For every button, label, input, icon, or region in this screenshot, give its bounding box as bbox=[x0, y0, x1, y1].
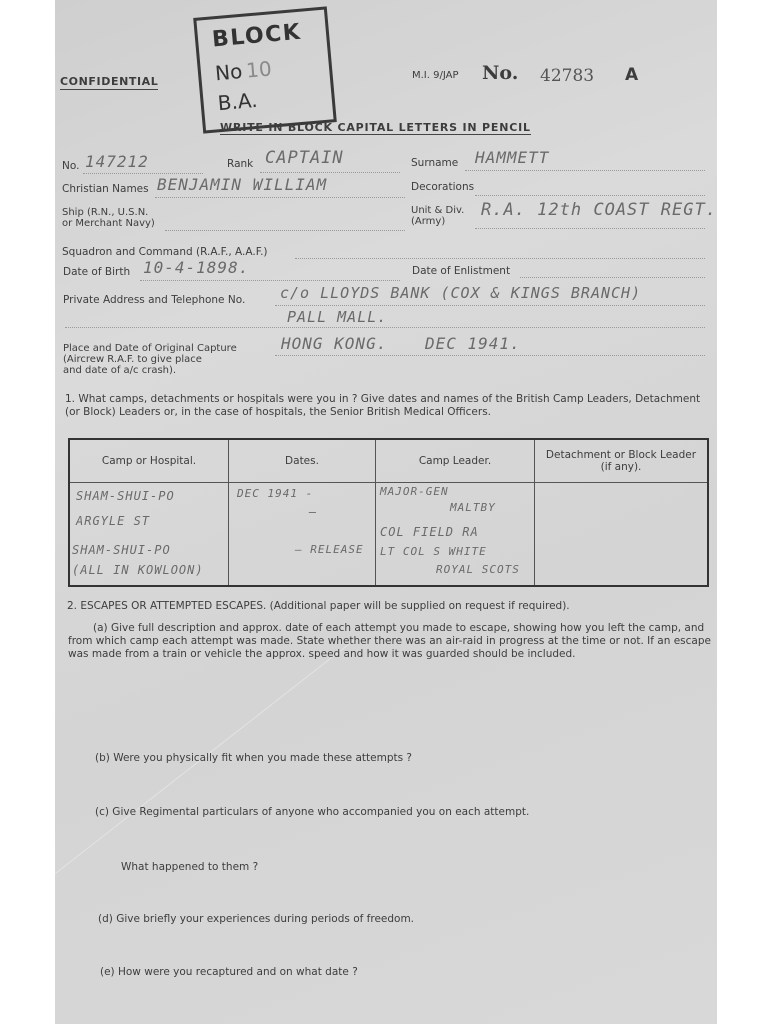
no-label: No. bbox=[62, 160, 79, 172]
header-dates: Dates. bbox=[229, 439, 376, 483]
camps-table-header-row: Camp or Hospital. Dates. Camp Leader. De… bbox=[69, 439, 708, 483]
dob-value: 10-4-1898. bbox=[143, 258, 249, 277]
camp-entry: SHAM-SHUI-PO bbox=[76, 489, 175, 503]
leader-entry: MALTBY bbox=[450, 501, 496, 514]
surname-value: HAMMETT bbox=[475, 148, 549, 167]
capture-label-line3: and date of a/c crash). bbox=[63, 365, 237, 376]
leader-entry: LT COL S WHITE bbox=[380, 545, 487, 558]
stamp-block-text: BLOCK bbox=[211, 20, 302, 53]
section2-question-b: (b) Were you physically fit when you mad… bbox=[95, 752, 412, 765]
section2-question-c2: What happened to them ? bbox=[121, 861, 258, 874]
rank-value: CAPTAIN bbox=[265, 148, 344, 168]
block-stamp: BLOCK No10 B.A. bbox=[193, 6, 337, 133]
stamp-number: No10 bbox=[214, 56, 273, 85]
capture-label: Place and Date of Original Capture (Airc… bbox=[63, 343, 237, 376]
section1-question: 1. What camps, detachments or hospitals … bbox=[65, 393, 715, 419]
section2-question-e: (e) How were you recaptured and on what … bbox=[100, 966, 358, 979]
classification-label: CONFIDENTIAL bbox=[60, 75, 158, 90]
form-ref-number: 42783 bbox=[540, 66, 594, 86]
ship-label-line1: Ship (R.N., U.S.N. bbox=[62, 207, 155, 218]
header-camp-or-hospital: Camp or Hospital. bbox=[69, 439, 229, 483]
leader-entry: MAJOR-GEN bbox=[380, 485, 449, 498]
squadron-label: Squadron and Command (R.A.F., A.A.F.) bbox=[62, 246, 268, 258]
ship-label-line2: or Merchant Navy) bbox=[62, 218, 155, 229]
capture-label-line2: (Aircrew R.A.F. to give place bbox=[63, 354, 237, 365]
address-value-line2: PALL MALL. bbox=[287, 308, 387, 326]
camp-entry: ARGYLE ST bbox=[76, 514, 150, 528]
capture-date-value: DEC 1941. bbox=[425, 334, 521, 353]
cell-dates: DEC 1941 - — — RELEASE bbox=[229, 483, 376, 587]
section2-question-d: (d) Give briefly your experiences during… bbox=[98, 913, 414, 926]
capture-label-line1: Place and Date of Original Capture bbox=[63, 343, 237, 354]
cell-camp-leader: MAJOR-GEN MALTBY COL FIELD RA LT COL S W… bbox=[376, 483, 535, 587]
stamp-no-label: No bbox=[214, 59, 243, 85]
form-ref-suffix: A bbox=[625, 65, 638, 85]
camp-entry: (ALL IN KOWLOON) bbox=[72, 563, 204, 577]
date-entry: DEC 1941 - bbox=[237, 487, 313, 500]
camp-entry: SHAM-SHUI-PO bbox=[72, 543, 171, 557]
address-label: Private Address and Telephone No. bbox=[63, 294, 245, 306]
enlistment-label: Date of Enlistment bbox=[412, 265, 510, 277]
no-value: 147212 bbox=[85, 152, 149, 171]
unit-div-value: R.A. 12th COAST REGT. bbox=[481, 200, 717, 220]
christian-names-label: Christian Names bbox=[62, 183, 149, 195]
unit-div-label: Unit & Div. (Army) bbox=[411, 205, 464, 227]
form-ref-prefix: M.I. 9/JAP bbox=[412, 70, 459, 81]
unit-div-label-line2: (Army) bbox=[411, 216, 464, 227]
surname-label: Surname bbox=[411, 157, 458, 169]
christian-names-value: BENJAMIN WILLIAM bbox=[157, 175, 327, 194]
header-block-leader: Detachment or Block Leader (if any). bbox=[535, 439, 709, 483]
section2-question-a: (a) Give full description and approx. da… bbox=[68, 622, 713, 661]
decorations-label: Decorations bbox=[411, 181, 474, 193]
date-entry: — RELEASE bbox=[295, 543, 364, 556]
dob-label: Date of Birth bbox=[63, 266, 130, 278]
cell-block-leader bbox=[535, 483, 709, 587]
address-value-line1: c/o LLOYDS BANK (COX & KINGS BRANCH) bbox=[280, 284, 641, 302]
paper-crease bbox=[55, 639, 355, 948]
leader-entry: ROYAL SCOTS bbox=[436, 563, 520, 576]
header-camp-leader: Camp Leader. bbox=[376, 439, 535, 483]
stamp-no-value: 10 bbox=[245, 56, 272, 82]
rank-label: Rank bbox=[227, 158, 253, 170]
ship-label: Ship (R.N., U.S.N. or Merchant Navy) bbox=[62, 207, 155, 229]
date-entry: — bbox=[309, 505, 317, 519]
capture-place-value: HONG KONG. bbox=[281, 334, 387, 353]
instruction-heading: WRITE IN BLOCK CAPITAL LETTERS IN PENCIL bbox=[220, 121, 531, 135]
cell-camp-or-hospital: SHAM-SHUI-PO ARGYLE ST SHAM-SHUI-PO (ALL… bbox=[69, 483, 229, 587]
section2-heading: 2. ESCAPES OR ATTEMPTED ESCAPES. (Additi… bbox=[67, 600, 570, 613]
unit-div-label-line1: Unit & Div. bbox=[411, 205, 464, 216]
form-ref-no-label: No. bbox=[482, 62, 518, 84]
camps-table: Camp or Hospital. Dates. Camp Leader. De… bbox=[68, 438, 709, 587]
camps-table-row: SHAM-SHUI-PO ARGYLE ST SHAM-SHUI-PO (ALL… bbox=[69, 483, 708, 587]
leader-entry: COL FIELD RA bbox=[380, 525, 479, 539]
form-page: CONFIDENTIAL BLOCK No10 B.A. M.I. 9/JAP … bbox=[55, 0, 717, 1024]
section2-question-c: (c) Give Regimental particulars of anyon… bbox=[95, 806, 529, 819]
stamp-ba-text: B.A. bbox=[217, 88, 259, 115]
